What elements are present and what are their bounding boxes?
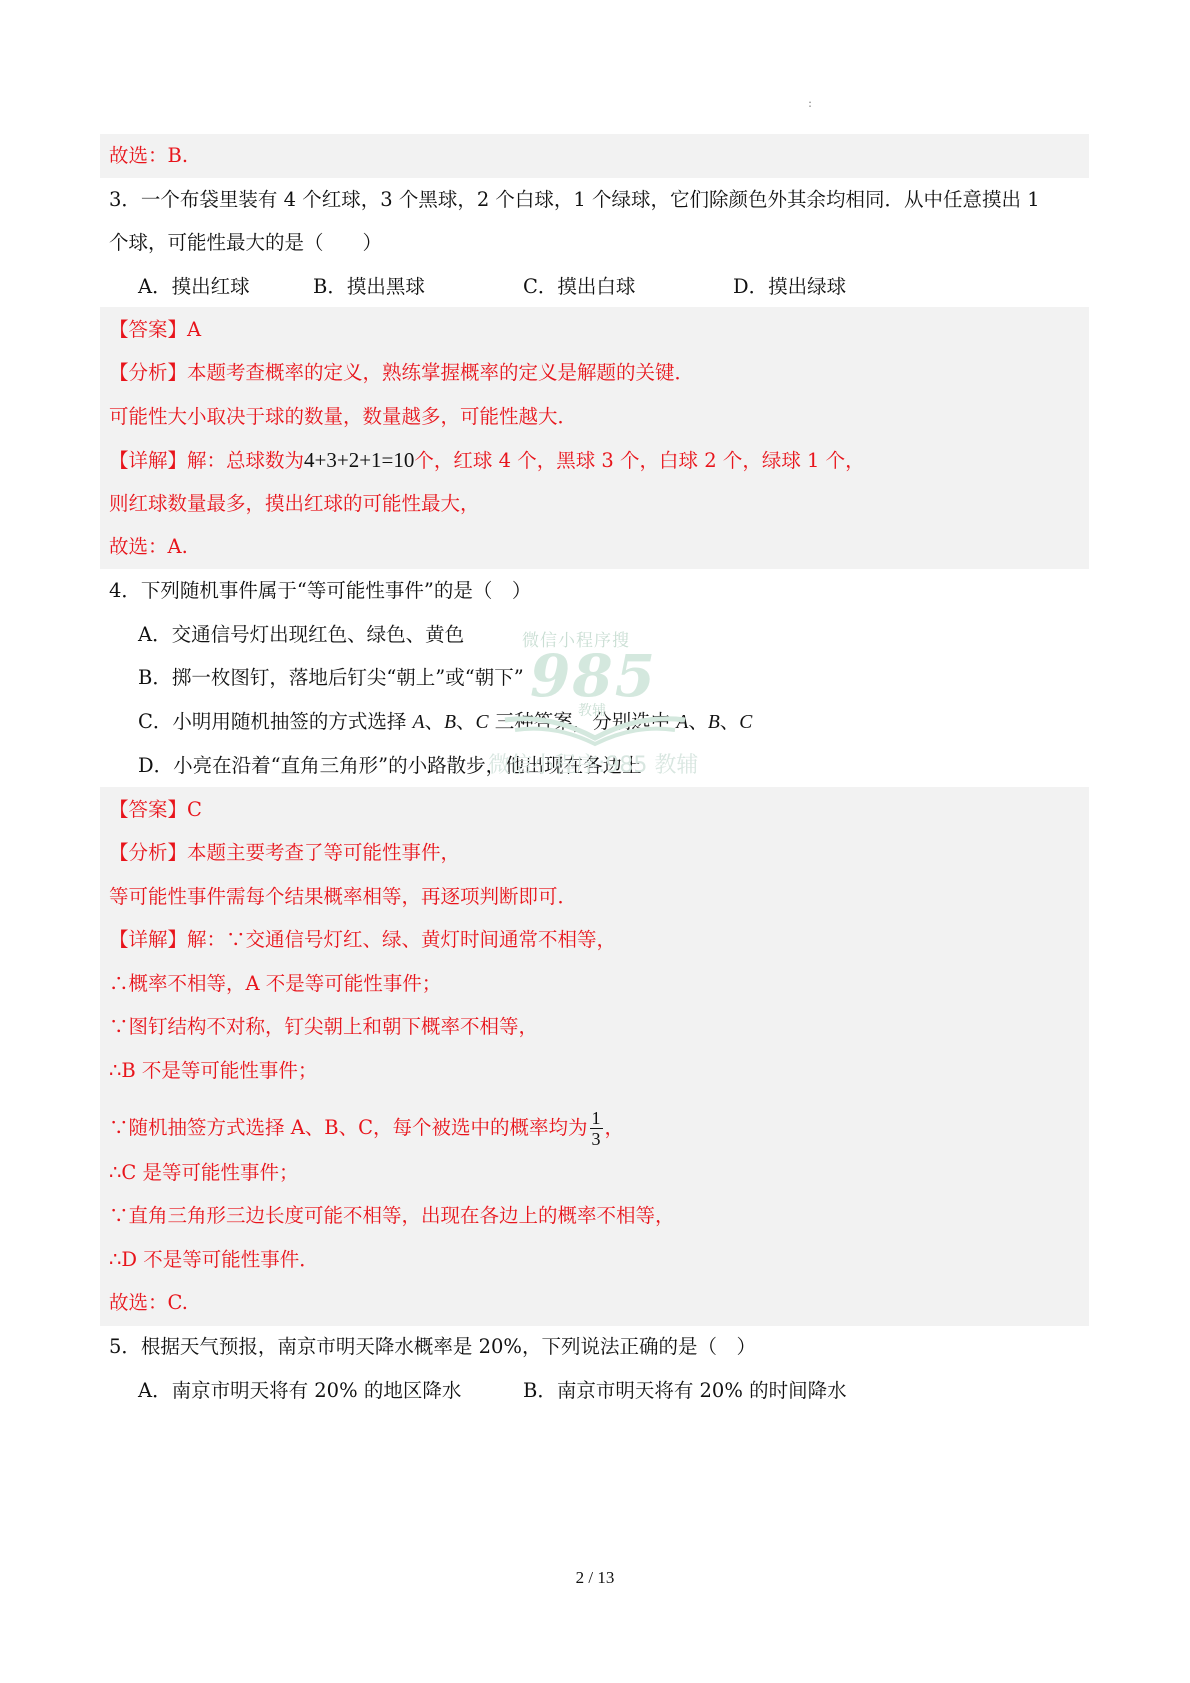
q4-conclusion: 故选：C. bbox=[109, 1289, 188, 1317]
answer-tag: 【答案】 bbox=[109, 798, 187, 821]
detail-suffix: 个，红球 4 个，黑球 3 个，白球 2 个，绿球 1 个， bbox=[414, 449, 864, 472]
q3-option-b: B．摸出黑球 bbox=[313, 273, 425, 301]
q4-stem: 4．下列随机事件属于“等可能性事件”的是（ ） bbox=[109, 577, 531, 605]
q3-answer-line: 【答案】A bbox=[109, 316, 201, 344]
var-c: C bbox=[739, 712, 752, 733]
var-c: C bbox=[476, 712, 489, 733]
q3-option-c: C．摸出白球 bbox=[523, 273, 635, 301]
q3-stem-line1: 3．一个布袋里装有 4 个红球，3 个黑球，2 个白球，1 个绿球，它们除颜色外… bbox=[109, 186, 1040, 214]
analysis-tag: 【分析】 bbox=[109, 361, 187, 384]
prev-conclusion: 故选：B. bbox=[109, 142, 188, 170]
answer-value: A bbox=[187, 318, 201, 341]
prev-solution-block bbox=[100, 134, 1089, 178]
q4-analysis-line: 【分析】本题主要考查了等可能性事件， bbox=[109, 839, 460, 867]
separator: 、 bbox=[425, 710, 445, 733]
q4-option-d: D．小亮在沿着“直角三角形”的小路散步，他出现在各边上 bbox=[138, 752, 642, 780]
var-b: B bbox=[444, 712, 456, 733]
option-c-mid: 三种答案，分别选中 bbox=[489, 710, 677, 733]
answer-value: C bbox=[187, 798, 202, 821]
fraction-numerator: 1 bbox=[590, 1108, 603, 1129]
q4-detail-line-5: ∴C 是等可能性事件； bbox=[109, 1159, 299, 1187]
detail-equation: 4+3+2+1=10 bbox=[304, 448, 414, 472]
q4-detail-line-4: ∵随机抽签方式选择 A、B、C，每个被选中的概率均为13， bbox=[109, 1100, 624, 1156]
q4-answer-line: 【答案】C bbox=[109, 796, 202, 824]
q3-analysis-line2: 可能性大小取决于球的数量，数量越多，可能性越大． bbox=[109, 403, 577, 431]
q5-stem: 5．根据天气预报，南京市明天降水概率是 20%，下列说法正确的是（ ） bbox=[109, 1333, 756, 1361]
fraction-one-third: 13 bbox=[590, 1108, 603, 1149]
var-a: A bbox=[676, 712, 688, 733]
q3-stem-line2: 个球，可能性最大的是（ ） bbox=[109, 229, 382, 257]
q3-detail-line: 【详解】解：总球数为4+3+2+1=10个，红球 4 个，黑球 3 个，白球 2… bbox=[109, 446, 865, 475]
var-b: B bbox=[708, 712, 720, 733]
q4-detail-line-7: ∴D 不是等可能性事件． bbox=[109, 1246, 319, 1274]
q4-detail-line-0: 【详解】解：∵交通信号灯红、绿、黄灯时间通常不相等， bbox=[109, 926, 616, 954]
detail-text: 解：∵交通信号灯红、绿、黄灯时间通常不相等， bbox=[187, 928, 616, 951]
q3-solution-block bbox=[100, 307, 1089, 569]
fraction-denominator: 3 bbox=[590, 1129, 603, 1149]
q5-option-b: B．南京市明天将有 20% 的时间降水 bbox=[523, 1377, 847, 1405]
q4-detail-line-3: ∴B 不是等可能性事件； bbox=[109, 1057, 317, 1085]
q3-option-d: D．摸出绿球 bbox=[733, 273, 846, 301]
watermark-number: 985 bbox=[530, 642, 657, 710]
q4-option-c: C．小明用随机抽签的方式选择 A、B、C 三种答案，分别选中 A、B、C bbox=[138, 708, 752, 737]
analysis-text: 本题主要考查了等可能性事件， bbox=[187, 841, 460, 864]
stray-mark: : bbox=[808, 96, 812, 110]
watermark-top-text: 微信小程序搜 bbox=[522, 626, 630, 651]
page-indicator: 2 / 13 bbox=[0, 1568, 1190, 1588]
fraction-suffix: ， bbox=[605, 1116, 625, 1139]
detail-prefix: 解：总球数为 bbox=[187, 449, 304, 472]
q4-analysis-line2: 等可能性事件需每个结果概率相等，再逐项判断即可． bbox=[109, 883, 577, 911]
q4-option-a: A．交通信号灯出现红色、绿色、黄色 bbox=[138, 621, 464, 649]
q4-option-b: B．掷一枚图钉，落地后钉尖“朝上”或“朝下” bbox=[138, 664, 524, 692]
q4-detail-line-2: ∵图钉结构不对称，钉尖朝上和朝下概率不相等， bbox=[109, 1013, 538, 1041]
q3-detail-line2: 则红球数量最多，摸出红球的可能性最大， bbox=[109, 490, 480, 518]
option-c-text: C．小明用随机抽签的方式选择 bbox=[138, 710, 413, 733]
q3-option-a: A．摸出红球 bbox=[138, 273, 250, 301]
separator: 、 bbox=[720, 710, 740, 733]
detail-tag: 【详解】 bbox=[109, 928, 187, 951]
separator: 、 bbox=[688, 710, 708, 733]
q4-detail-line-1: ∴概率不相等，A 不是等可能性事件； bbox=[109, 970, 441, 998]
separator: 、 bbox=[456, 710, 476, 733]
q3-conclusion: 故选：A. bbox=[109, 533, 188, 561]
q3-analysis-line: 【分析】本题考查概率的定义，熟练掌握概率的定义是解题的关键． bbox=[109, 359, 694, 387]
document-page: : 故选：B. 3．一个布袋里装有 4 个红球，3 个黑球，2 个白球，1 个绿… bbox=[0, 0, 1190, 1683]
var-a: A bbox=[413, 712, 425, 733]
detail-text: ∵随机抽签方式选择 A、B、C，每个被选中的概率均为 bbox=[109, 1116, 588, 1139]
analysis-tag: 【分析】 bbox=[109, 841, 187, 864]
answer-tag: 【答案】 bbox=[109, 318, 187, 341]
q4-detail-line-6: ∵直角三角形三边长度可能不相等，出现在各边上的概率不相等， bbox=[109, 1202, 675, 1230]
analysis-text: 本题考查概率的定义，熟练掌握概率的定义是解题的关键． bbox=[187, 361, 694, 384]
detail-tag: 【详解】 bbox=[109, 449, 187, 472]
q5-option-a: A．南京市明天将有 20% 的地区降水 bbox=[138, 1377, 461, 1405]
